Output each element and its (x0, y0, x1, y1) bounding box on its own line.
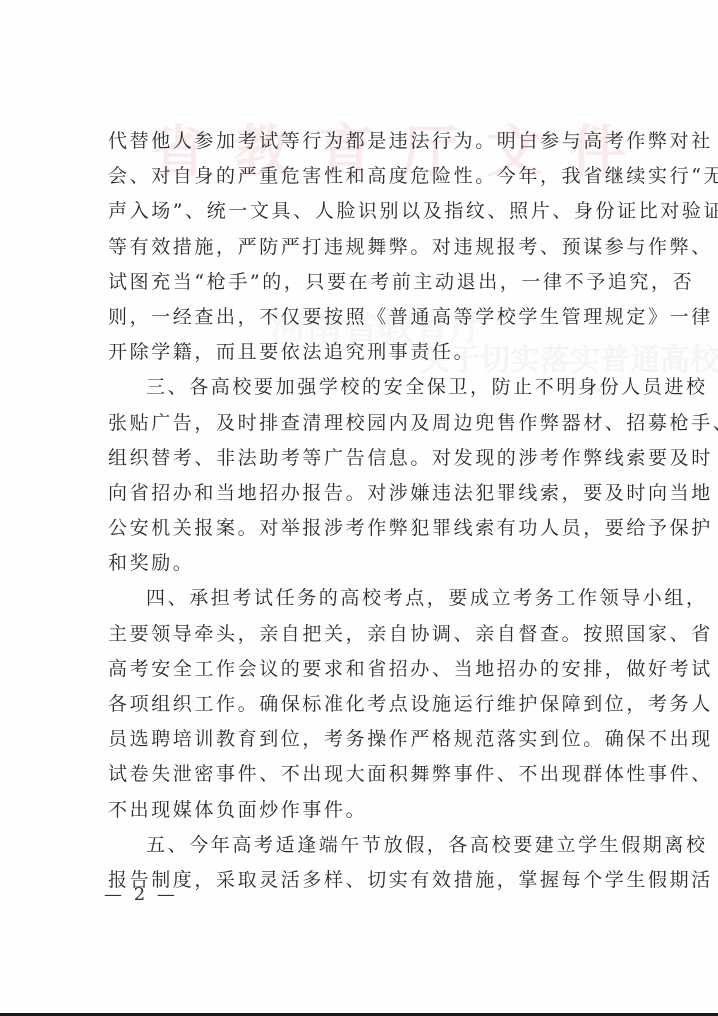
paragraph-five: 五、今年高考适逢端午节放假，各高校要建立学生假期离校 报告制度，采取灵活多样、切… (108, 828, 618, 898)
text-line: 三、各高校要加强学校的安全保卫，防止不明身份人员进校 (108, 370, 618, 405)
document-page: 省教育厅文件 河南省教育厅 关于切实落实普通高校高考安全责任的通知 代替他人参加… (0, 0, 718, 1013)
text-line: 声入场”、统一文具、人脸识别以及指纹、照片、身份证比对验证 (108, 194, 618, 229)
text-line: 高考安全工作会议的要求和省招办、当地招办的安排，做好考试 (108, 652, 618, 687)
text-line: 四、承担考试任务的高校考点，要成立考务工作领导小组， (108, 581, 618, 616)
text-line: 各项组织工作。确保标准化考点设施运行维护保障到位，考务人 (108, 687, 618, 722)
text-line: 代替他人参加考试等行为都是违法行为。明白参与高考作弊对社 (108, 124, 618, 159)
text-line: 和奖励。 (108, 546, 618, 581)
text-line: 开除学籍，而且要依法追究刑事责任。 (108, 335, 618, 370)
text-line: 主要领导牵头，亲自把关，亲自协调、亲自督查。按照国家、省 (108, 617, 618, 652)
paragraph-four: 四、承担考试任务的高校考点，要成立考务工作领导小组， 主要领导牵头，亲自把关，亲… (108, 581, 618, 827)
paragraph-continued: 代替他人参加考试等行为都是违法行为。明白参与高考作弊对社 会、对自身的严重危害性… (108, 124, 618, 370)
text-line: 张贴广告，及时排查清理校园内及周边兜售作弊器材、招募枪手、 (108, 406, 618, 441)
text-line: 会、对自身的严重危害性和高度危险性。今年，我省继续实行“无 (108, 159, 618, 194)
text-line: 向省招办和当地招办报告。对涉嫌违法犯罪线索，要及时向当地 (108, 476, 618, 511)
page-number: — 2 — (104, 884, 178, 905)
text-line: 试卷失泄密事件、不出现大面积舞弊事件、不出现群体性事件、 (108, 757, 618, 792)
text-line: 组织替考、非法助考等广告信息。对发现的涉考作弊线索要及时 (108, 441, 618, 476)
text-line: 试图充当“枪手”的，只要在考前主动退出，一律不予追究，否 (108, 265, 618, 300)
text-line: 等有效措施，严防严打违规舞弊。对违规报考、预谋参与作弊、 (108, 230, 618, 265)
text-line: 不出现媒体负面炒作事件。 (108, 793, 618, 828)
text-line: 则，一经查出，不仅要按照《普通高等学校学生管理规定》一律 (108, 300, 618, 335)
text-line: 公安机关报案。对举报涉考作弊犯罪线索有功人员，要给予保护 (108, 511, 618, 546)
text-line: 报告制度，采取灵活多样、切实有效措施，掌握每个学生假期活 (108, 863, 618, 898)
text-line: 员选聘培训教育到位，考务操作严格规范落实到位。确保不出现 (108, 722, 618, 757)
paragraph-three: 三、各高校要加强学校的安全保卫，防止不明身份人员进校 张贴广告，及时排查清理校园… (108, 370, 618, 581)
text-line: 五、今年高考适逢端午节放假，各高校要建立学生假期离校 (108, 828, 618, 863)
document-body: 代替他人参加考试等行为都是违法行为。明白参与高考作弊对社 会、对自身的严重危害性… (108, 124, 618, 898)
